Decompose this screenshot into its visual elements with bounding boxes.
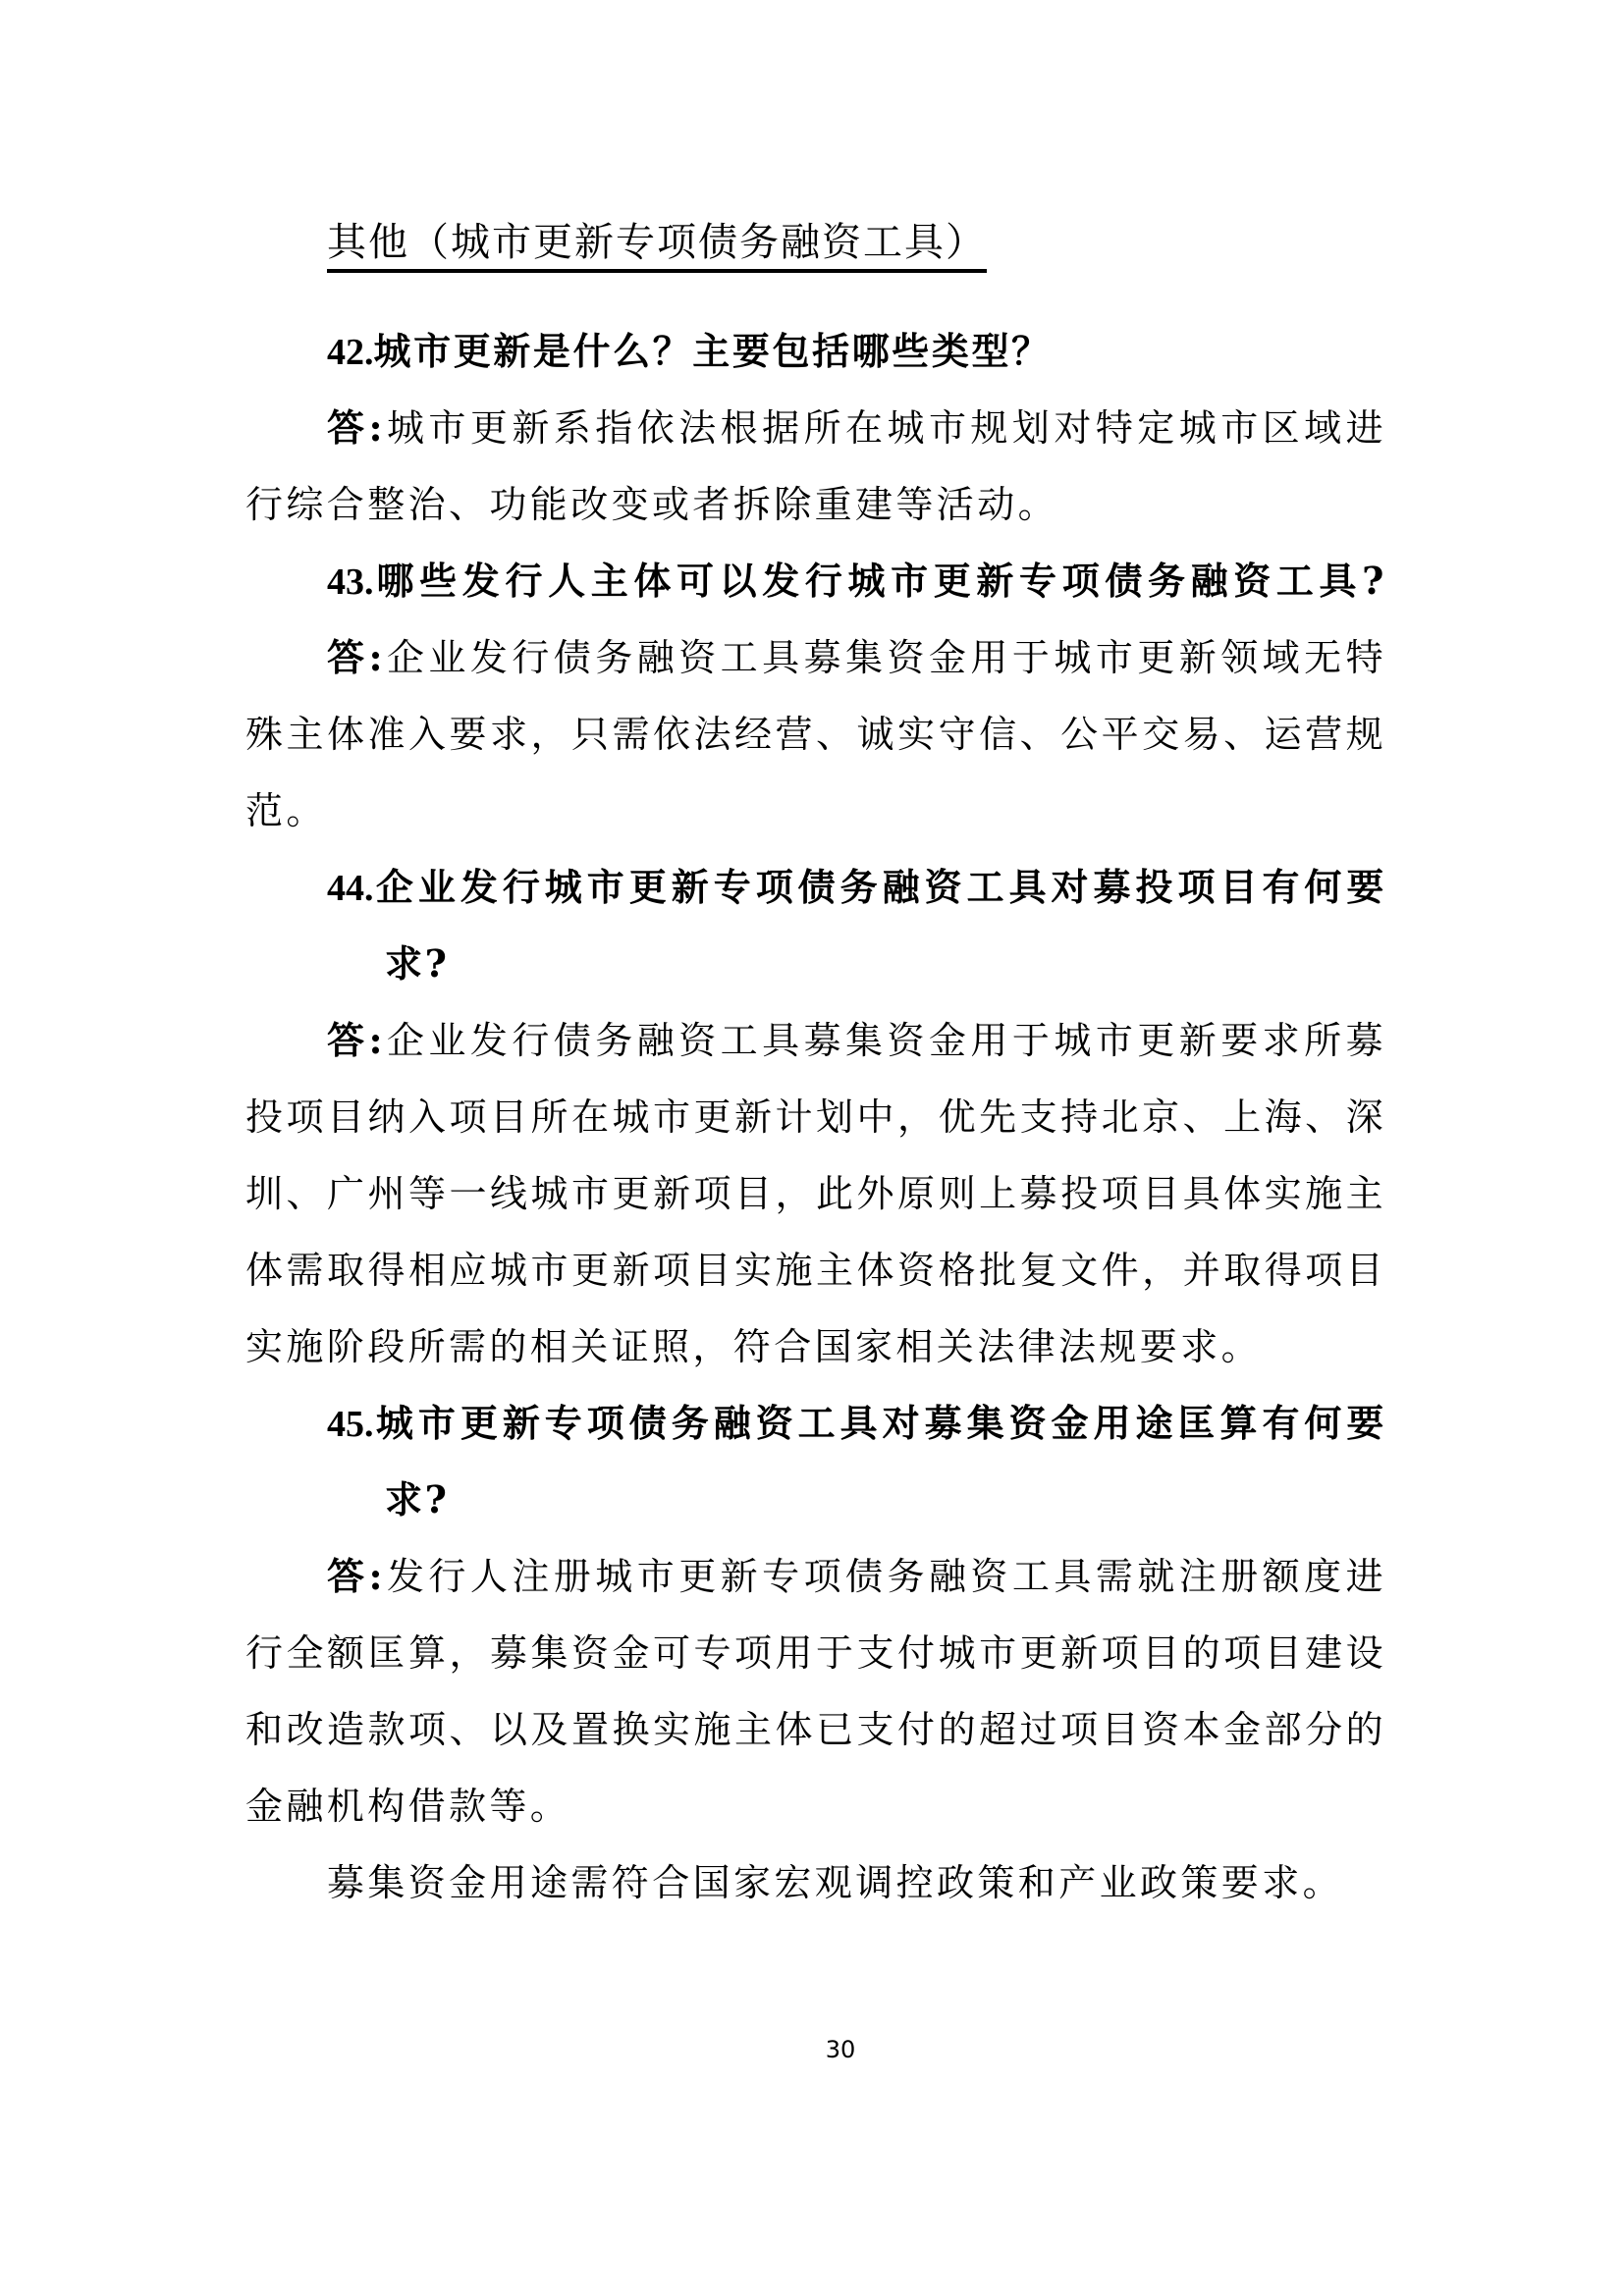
question-text: 企业发行城市更新专项债务融资工具对募投项目有何要 xyxy=(374,865,1387,909)
section-title: 其他（城市更新专项债务融资工具） xyxy=(327,218,987,273)
answer-45-line-4: 金融机构借款等。 xyxy=(245,1783,1386,1830)
question-number: 42. xyxy=(327,332,374,373)
question-number: 45. xyxy=(327,1404,374,1445)
answer-label: 答: xyxy=(327,1018,386,1062)
answer-text: 发行人注册城市更新专项债务融资工具需就注册额度进 xyxy=(386,1555,1386,1598)
question-number: 43. xyxy=(327,561,374,603)
answer-label: 答: xyxy=(327,1554,386,1598)
question-text: 城市更新是什么？主要包括哪些类型？ xyxy=(374,329,1052,373)
answer-42-line-2: 行综合整治、功能改变或者拆除重建等活动。 xyxy=(245,481,1386,528)
answer-44-line-1: 答:企业发行债务融资工具募集资金用于城市更新要求所募 xyxy=(327,1017,1386,1064)
page-number: 30 xyxy=(0,2036,1624,2063)
answer-43-line-3: 范。 xyxy=(245,787,1386,834)
question-44-cont: 求? xyxy=(385,940,1526,988)
answer-44-line-2: 投项目纳入项目所在城市更新计划中，优先支持北京、上海、深 xyxy=(245,1094,1386,1141)
question-text: 城市更新专项债务融资工具对募集资金用途匡算有何要 xyxy=(374,1401,1387,1445)
question-44: 44.企业发行城市更新专项债务融资工具对募投项目有何要 xyxy=(327,864,1386,912)
answer-45-line-2: 行全额匡算，募集资金可专项用于支付城市更新项目的项目建设 xyxy=(245,1629,1386,1677)
question-45-cont: 求? xyxy=(385,1476,1526,1523)
answer-45-line-3: 和改造款项、以及置换实施主体已支付的超过项目资本金部分的 xyxy=(245,1706,1386,1753)
answer-text: 城市更新系指依法根据所在城市规划对特定城市区域进 xyxy=(386,406,1386,450)
question-45: 45.城市更新专项债务融资工具对募集资金用途匡算有何要 xyxy=(327,1400,1386,1448)
answer-text: 企业发行债务融资工具募集资金用于城市更新要求所募 xyxy=(386,1019,1386,1062)
question-text: 哪些发行人主体可以发行城市更新专项债务融资工具? xyxy=(374,559,1387,603)
question-42: 42.城市更新是什么？主要包括哪些类型？ xyxy=(327,328,1386,376)
answer-45-line-1: 答:发行人注册城市更新专项债务融资工具需就注册额度进 xyxy=(327,1553,1386,1600)
answer-label: 答: xyxy=(327,405,386,450)
answer-43-line-1: 答:企业发行债务融资工具募集资金用于城市更新领域无特 xyxy=(327,634,1386,681)
question-43: 43.哪些发行人主体可以发行城市更新专项债务融资工具? xyxy=(327,558,1386,606)
answer-43-line-2: 殊主体准入要求，只需依法经营、诚实守信、公平交易、运营规 xyxy=(245,711,1386,758)
answer-label: 答: xyxy=(327,635,386,679)
answer-42-line-1: 答:城市更新系指依法根据所在城市规划对特定城市区域进 xyxy=(327,404,1386,452)
answer-44-line-4: 体需取得相应城市更新项目实施主体资格批复文件，并取得项目 xyxy=(245,1247,1386,1294)
document-page: 其他（城市更新专项债务融资工具） 42.城市更新是什么？主要包括哪些类型？ 答:… xyxy=(0,0,1624,2296)
answer-45-extra-paragraph: 募集资金用途需符合国家宏观调控政策和产业政策要求。 xyxy=(327,1859,1386,1906)
question-number: 44. xyxy=(327,868,374,909)
answer-44-line-5: 实施阶段所需的相关证照，符合国家相关法律法规要求。 xyxy=(245,1323,1386,1370)
answer-text: 企业发行债务融资工具募集资金用于城市更新领域无特 xyxy=(386,636,1386,679)
answer-44-line-3: 圳、广州等一线城市更新项目，此外原则上募投项目具体实施主 xyxy=(245,1170,1386,1217)
